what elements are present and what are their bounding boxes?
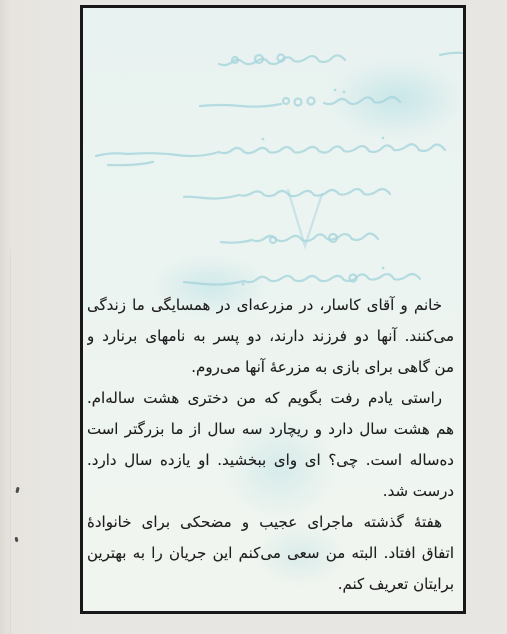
handwriting-underline xyxy=(108,162,153,165)
handwriting-dot xyxy=(334,89,337,92)
handwriting-descender xyxy=(288,190,322,246)
scanned-book-page: خانم و آقای کاسار، در مزرعه‌ای در همسایگ… xyxy=(0,0,507,634)
handwriting-loop xyxy=(308,98,315,105)
text-line: درست شد. xyxy=(87,476,454,507)
handwriting-loop xyxy=(295,99,302,106)
handwriting-stroke xyxy=(96,144,445,156)
handwriting-dot xyxy=(242,283,245,286)
faded-handwriting-ink xyxy=(83,38,463,308)
handwriting-stroke xyxy=(324,97,400,104)
text-line: می‌کنند. آنها دو فرزند دارند، دو پسر به … xyxy=(87,321,454,352)
handwriting-dot xyxy=(343,91,346,94)
text-line: هفتهٔ گذشته ماجرای عجیب و مضحکی برای خان… xyxy=(87,507,454,538)
handwriting-stroke xyxy=(184,274,420,284)
handwriting-stroke xyxy=(200,104,281,107)
text-line: ده‌ساله است. چی؟ ای وای ببخشید. او یازده… xyxy=(87,445,454,476)
handwriting-loop xyxy=(283,98,289,104)
scan-speck xyxy=(15,537,19,543)
page-left-edge-shading xyxy=(0,0,80,634)
handwriting-loop xyxy=(278,55,285,62)
handwriting-stroke xyxy=(184,189,390,198)
scan-speck xyxy=(15,487,19,494)
text-line: برایتان تعریف کنم. xyxy=(87,569,454,600)
text-line: خانم و آقای کاسار، در مزرعه‌ای در همسایگ… xyxy=(87,290,454,321)
handwriting-dot xyxy=(382,267,385,270)
handwriting-loop xyxy=(350,275,357,282)
handwriting-stroke xyxy=(440,53,462,55)
text-line: اتفاق افتاد. البته من سعی می‌کنم این جری… xyxy=(87,538,454,569)
text-line: هم هشت سال دارد و ریچارد سه سال از ما بز… xyxy=(87,414,454,445)
handwriting-loop xyxy=(270,237,276,243)
handwriting-dot xyxy=(382,137,385,140)
printed-story-text: خانم و آقای کاسار، در مزرعه‌ای در همسایگ… xyxy=(87,290,454,600)
handwriting-stroke xyxy=(221,234,378,243)
handwriting-dot xyxy=(262,138,265,141)
text-line: من گاهی برای بازی به مزرعهٔ آنها می‌روم. xyxy=(87,352,454,383)
page-border-frame: خانم و آقای کاسار، در مزرعه‌ای در همسایگ… xyxy=(80,5,466,614)
text-line: راستی یادم رفت بگویم که من دختری هشت سال… xyxy=(87,383,454,414)
paper-crease-line xyxy=(10,250,11,634)
